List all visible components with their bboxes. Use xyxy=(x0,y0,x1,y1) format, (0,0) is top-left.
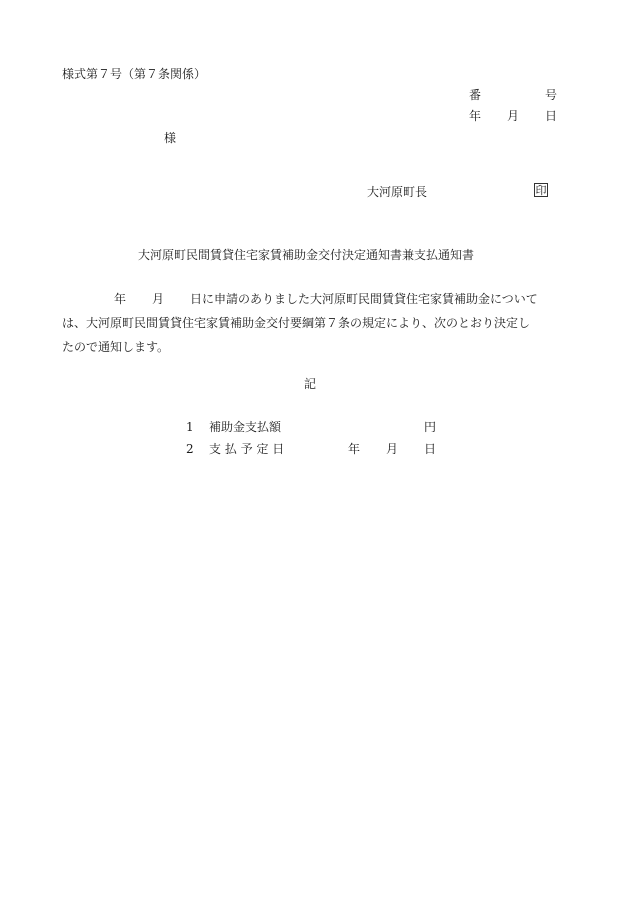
form-label: 様式第７号（第７条関係） xyxy=(62,67,206,81)
item-1-label: 補助金支払額 xyxy=(209,420,281,434)
body-line3: たので通知します。 xyxy=(62,340,169,354)
issuer-name: 大河原町長 xyxy=(367,185,427,199)
item-2-year: 年 xyxy=(348,442,360,456)
addressee-suffix: 様 xyxy=(164,131,176,145)
date-year: 年 xyxy=(469,109,481,123)
item-1-number: 1 xyxy=(186,420,194,434)
date-day: 日 xyxy=(545,109,557,123)
document-title: 大河原町民間賃貸住宅家賃補助金交付決定通知書兼支払通知書 xyxy=(138,248,474,262)
seal-mark: 印 xyxy=(534,183,548,197)
item-2-month: 月 xyxy=(386,442,398,456)
date-month: 月 xyxy=(507,109,519,123)
number-label-go: 号 xyxy=(545,88,557,102)
item-2-day: 日 xyxy=(424,442,436,456)
ki-heading: 記 xyxy=(304,377,316,391)
number-label-ban: 番 xyxy=(469,88,481,102)
body-month: 月 xyxy=(152,292,164,306)
item-2-number: 2 xyxy=(186,442,194,456)
body-line2: は、大河原町民間賃貸住宅家賃補助金交付要綱第７条の規定により、次のとおり決定し xyxy=(62,316,530,330)
body-year: 年 xyxy=(114,292,126,306)
item-2-label: 支 払 予 定 日 xyxy=(209,442,284,456)
body-line1: 日に申請のありました大河原町民間賃貸住宅家賃補助金について xyxy=(190,292,538,306)
item-1-unit: 円 xyxy=(424,420,436,434)
